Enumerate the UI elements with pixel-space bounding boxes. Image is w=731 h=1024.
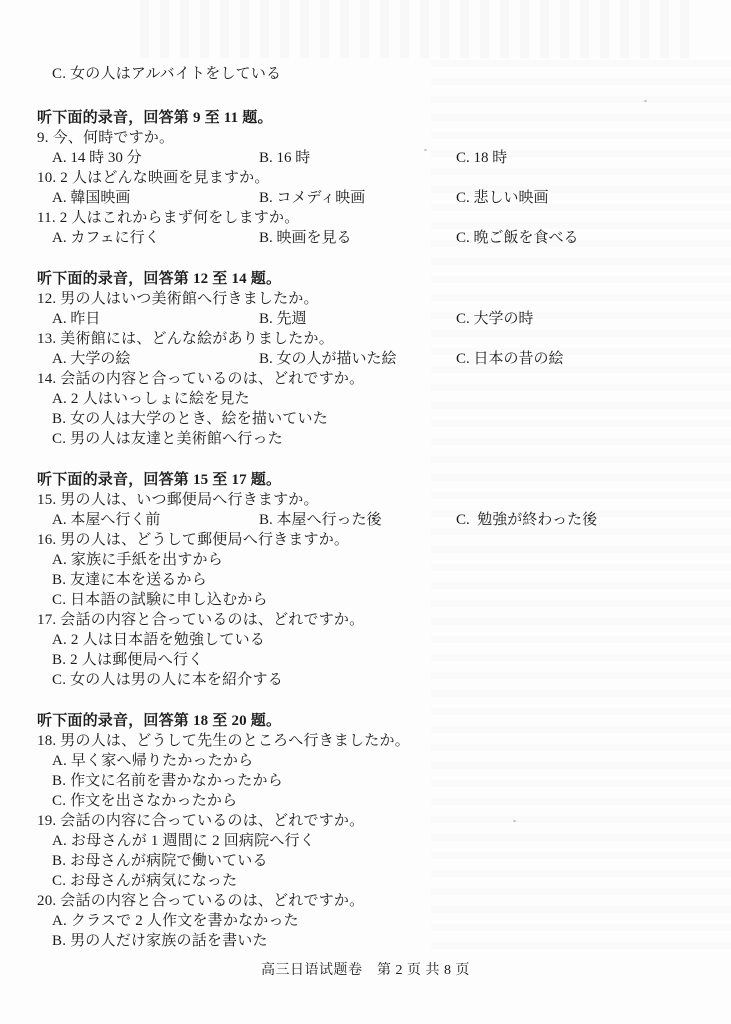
option-17-c: C. 女の人は男の人に本を紹介する bbox=[52, 670, 283, 690]
question-18-stem: 18. 男の人は、どうして先生のところへ行きましたか。 bbox=[37, 731, 410, 751]
listening-instruction-12-14: 听下面的录音，回答第 12 至 14 题。 bbox=[37, 269, 281, 289]
option-10-a: A. 韓国映画 bbox=[52, 188, 130, 208]
exam-document-page: C. 女の人はアルバイトをしている 听下面的录音，回答第 9 至 11 题。 9… bbox=[0, 0, 731, 1024]
carryover-option-c: C. 女の人はアルバイトをしている bbox=[52, 64, 281, 84]
question-13-options: A. 大学の絵 B. 女の人が描いた絵 C. 日本の昔の絵 bbox=[0, 349, 731, 369]
option-12-c: C. 大学の時 bbox=[456, 309, 534, 329]
question-12-stem: 12. 男の人はいつ美術館へ行きましたか。 bbox=[37, 289, 319, 309]
option-9-a: A. 14 時 30 分 bbox=[52, 148, 142, 168]
option-20-a: A. クラスで 2 人作文を書かなかった bbox=[52, 911, 299, 931]
option-11-b: B. 映画を見る bbox=[259, 228, 352, 248]
option-14-a: A. 2 人はいっしょに絵を見た bbox=[52, 389, 250, 409]
option-14-c: C. 男の人は友達と美術館へ行った bbox=[52, 429, 283, 449]
option-9-b: B. 16 時 bbox=[259, 148, 310, 168]
option-18-a: A. 早く家へ帰りたかったから bbox=[52, 751, 253, 771]
option-18-c: C. 作文を出さなかったから bbox=[52, 791, 237, 811]
option-12-b: B. 先週 bbox=[259, 309, 307, 329]
question-15-options: A. 本屋へ行く前 B. 本屋へ行った後 C. 勉強が終わった後 bbox=[0, 510, 731, 530]
option-15-b: B. 本屋へ行った後 bbox=[259, 510, 382, 530]
scan-artifact-top bbox=[140, 0, 700, 58]
option-11-c: C. 晩ご飯を食べる bbox=[456, 228, 579, 248]
option-19-c: C. お母さんが病気になった bbox=[52, 871, 237, 891]
question-10-stem: 10. 2 人はどんな映画を見ますか。 bbox=[37, 168, 270, 188]
page-footer: 高三日语试题卷 第 2 页 共 8 页 bbox=[0, 962, 731, 980]
option-20-b: B. 男の人だけ家族の話を書いた bbox=[52, 931, 268, 951]
question-17-stem: 17. 会話の内容と合っているのは、どれですか。 bbox=[37, 610, 364, 630]
option-18-b: B. 作文に名前を書かなかったから bbox=[52, 771, 283, 791]
question-9-stem: 9. 今、何時ですか。 bbox=[37, 128, 174, 148]
option-13-c: C. 日本の昔の絵 bbox=[456, 349, 564, 369]
listening-instruction-9-11: 听下面的录音，回答第 9 至 11 题。 bbox=[37, 108, 273, 128]
scan-speck bbox=[513, 820, 516, 822]
option-15-a: A. 本屋へ行く前 bbox=[52, 510, 160, 530]
question-10-options: A. 韓国映画 B. コメディ映画 C. 悲しい映画 bbox=[0, 188, 731, 208]
question-20-stem: 20. 会話の内容と合っているのは、どれですか。 bbox=[37, 891, 364, 911]
listening-instruction-18-20: 听下面的录音，回答第 18 至 20 题。 bbox=[37, 711, 281, 731]
question-9-options: A. 14 時 30 分 B. 16 時 C. 18 時 bbox=[0, 148, 731, 168]
option-19-b: B. お母さんが病院で働いている bbox=[52, 851, 268, 871]
option-12-a: A. 昨日 bbox=[52, 309, 100, 329]
scan-speck bbox=[644, 100, 647, 102]
question-15-stem: 15. 男の人は、いつ郵便局へ行きますか。 bbox=[37, 490, 319, 510]
listening-instruction-15-17: 听下面的录音，回答第 15 至 17 题。 bbox=[37, 470, 281, 490]
option-10-c: C. 悲しい映画 bbox=[456, 188, 549, 208]
question-14-stem: 14. 会話の内容と合っているのは、どれですか。 bbox=[37, 369, 364, 389]
option-11-a: A. カフェに行く bbox=[52, 228, 160, 248]
question-11-stem: 11. 2 人はこれからまず何をしますか。 bbox=[37, 208, 299, 228]
option-16-c: C. 日本語の試験に申し込むから bbox=[52, 590, 268, 610]
question-12-options: A. 昨日 B. 先週 C. 大学の時 bbox=[0, 309, 731, 329]
option-9-c: C. 18 時 bbox=[456, 148, 507, 168]
option-15-c: C. 勉強が終わった後 bbox=[456, 510, 597, 530]
question-19-stem: 19. 会話の内容に合っているのは、どれですか。 bbox=[37, 811, 364, 831]
question-11-options: A. カフェに行く B. 映画を見る C. 晩ご飯を食べる bbox=[0, 228, 731, 248]
option-16-b: B. 友達に本を送るから bbox=[52, 570, 207, 590]
option-16-a: A. 家族に手紙を出すから bbox=[52, 550, 223, 570]
option-13-b: B. 女の人が描いた絵 bbox=[259, 349, 397, 369]
option-19-a: A. お母さんが 1 週間に 2 回病院へ行く bbox=[52, 831, 315, 851]
option-17-b: B. 2 人は郵便局へ行く bbox=[52, 650, 203, 670]
option-13-a: A. 大学の絵 bbox=[52, 349, 130, 369]
option-14-b: B. 女の人は大学のとき、絵を描いていた bbox=[52, 409, 328, 429]
question-16-stem: 16. 男の人は、どうして郵便局へ行きますか。 bbox=[37, 530, 349, 550]
option-10-b: B. コメディ映画 bbox=[259, 188, 365, 208]
question-13-stem: 13. 美術館には、どんな絵がありましたか。 bbox=[37, 329, 334, 349]
option-17-a: A. 2 人は日本語を勉強している bbox=[52, 630, 265, 650]
